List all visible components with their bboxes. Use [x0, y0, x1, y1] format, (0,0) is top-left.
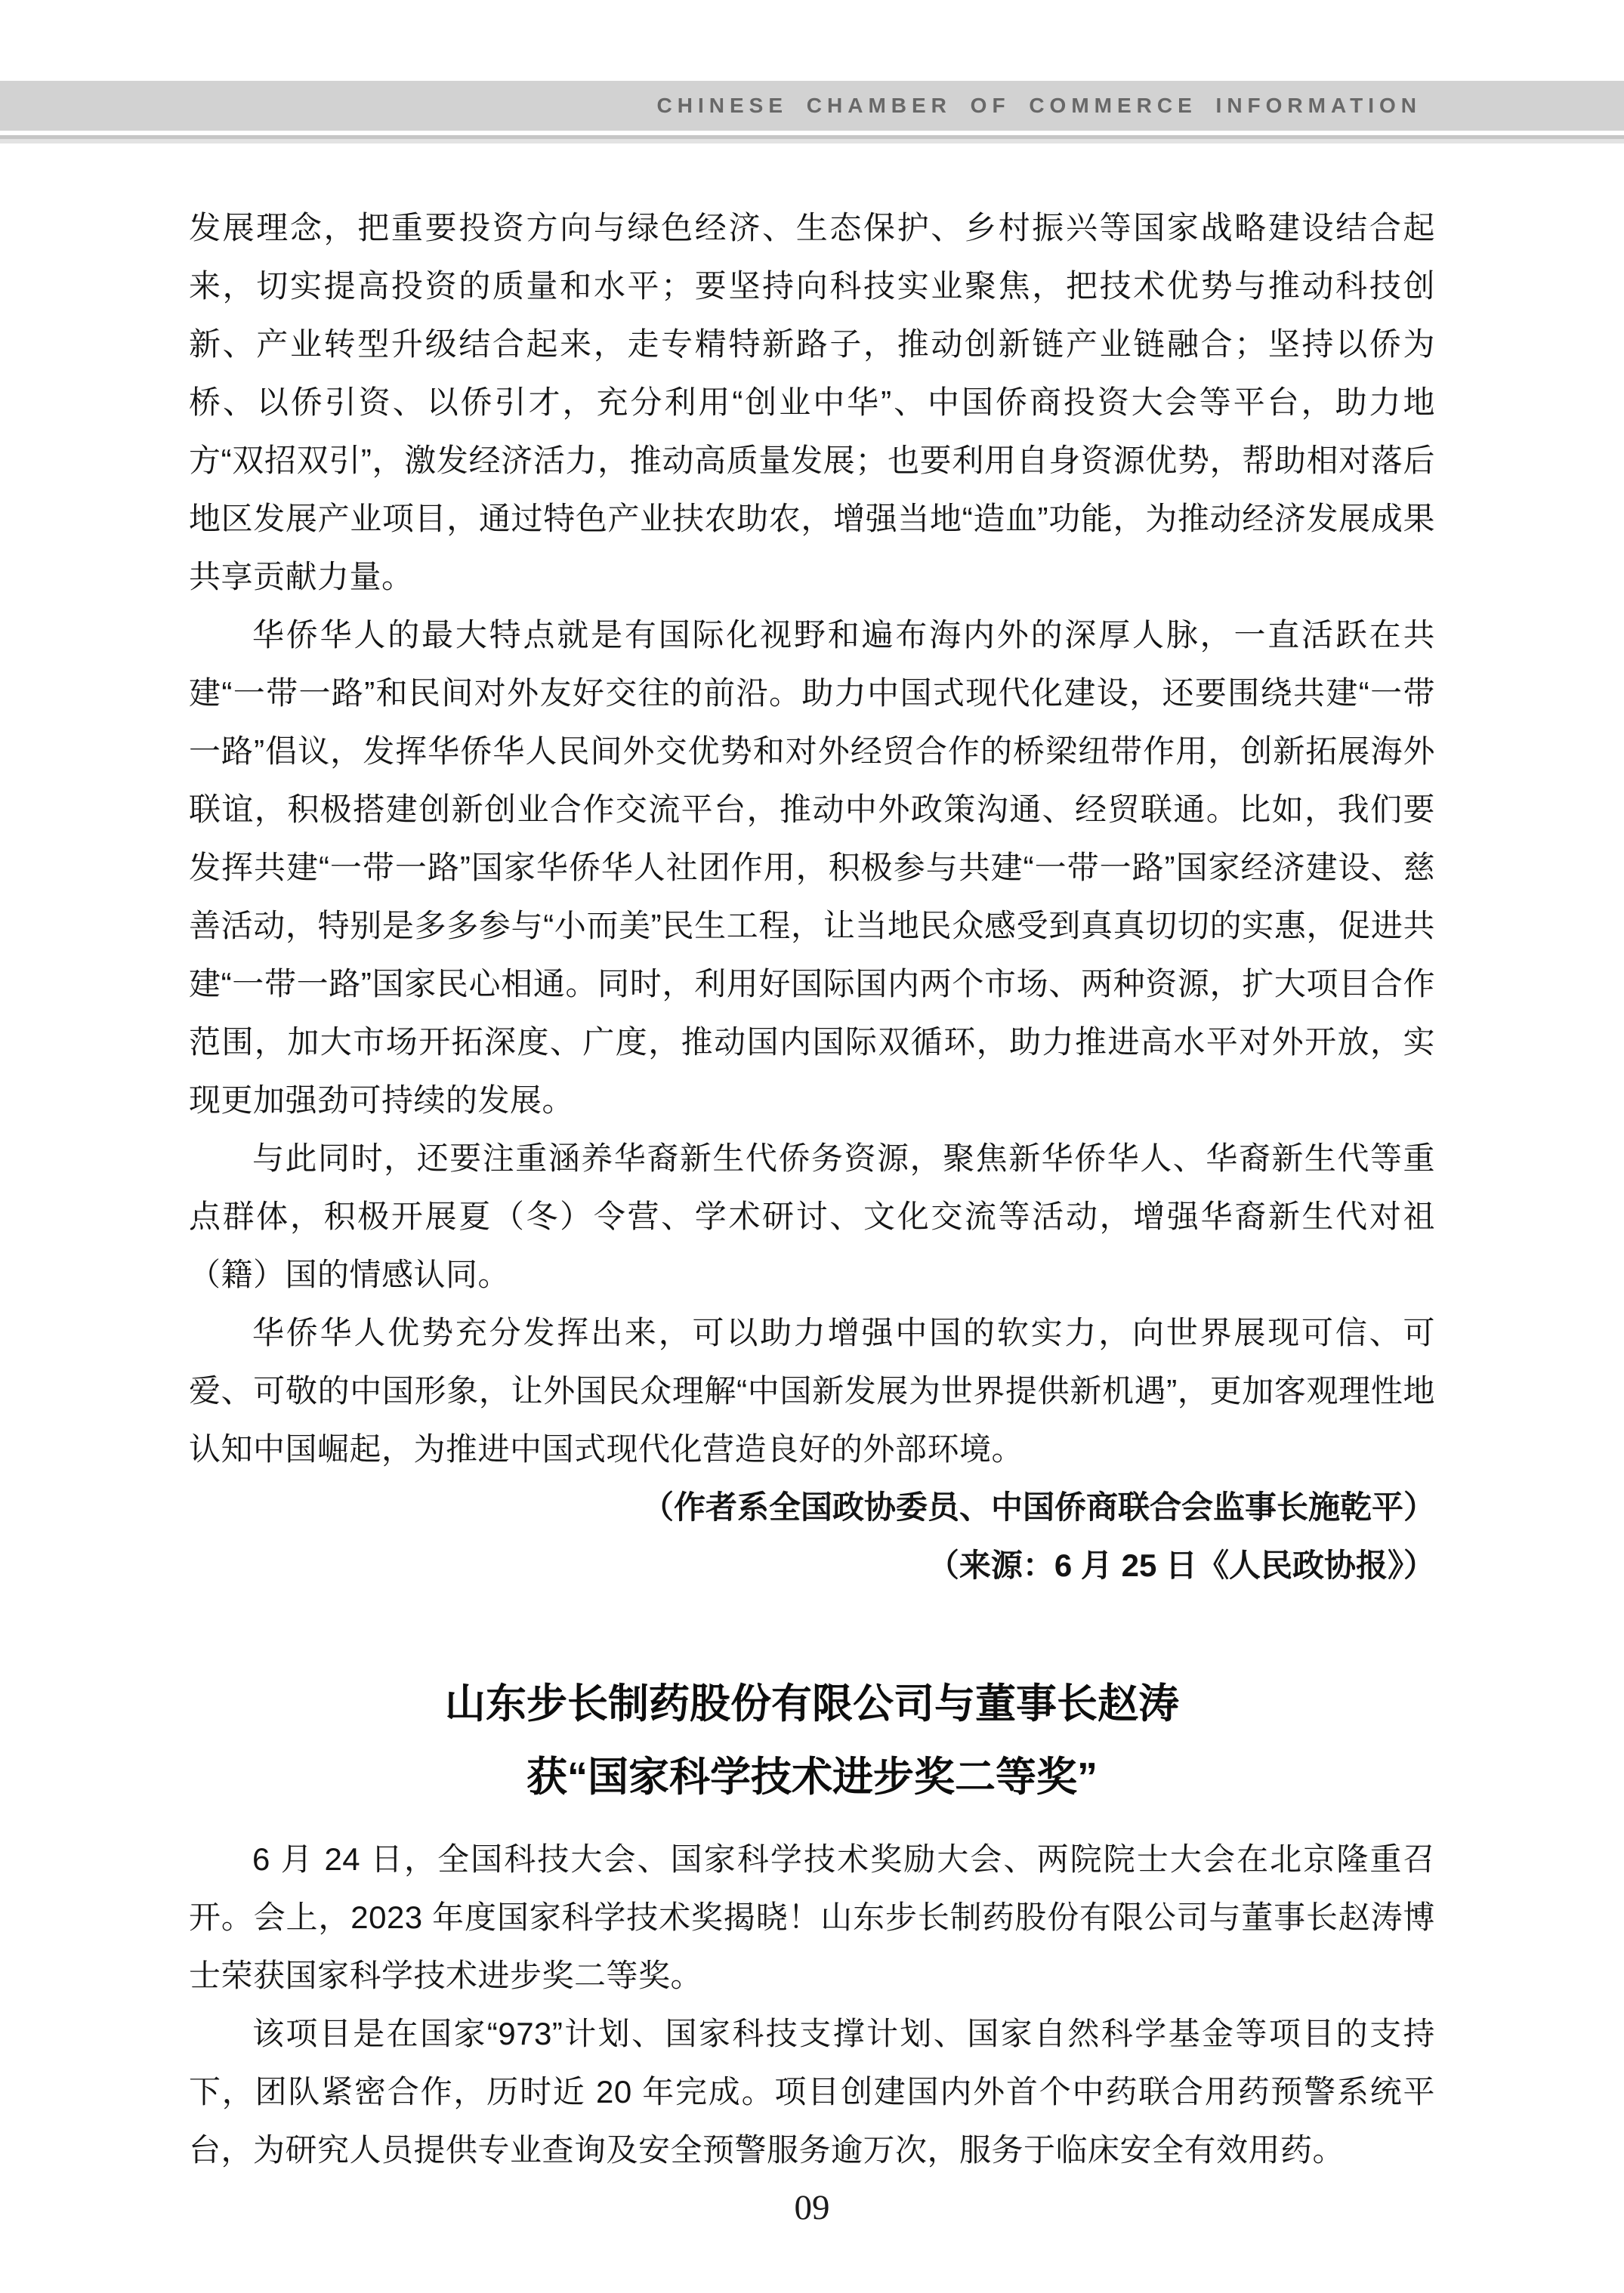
article-title: 山东步长制药股份有限公司与董事长赵涛 获“国家科学技术进步奖二等奖”: [189, 1668, 1435, 1814]
header-band: CHINESE CHAMBER OF COMMERCE INFORMATION: [0, 81, 1624, 131]
article-buchang-award: 山东步长制药股份有限公司与董事长赵涛 获“国家科学技术进步奖二等奖” 6 月 2…: [189, 1668, 1435, 2179]
page-content: 发展理念，把重要投资方向与绿色经济、生态保护、乡村振兴等国家战略建设结合起来，切…: [189, 199, 1435, 2179]
source-attribution-line: （来源：6 月 25 日《人民政协报》）: [189, 1536, 1435, 1594]
body-paragraph: 与此同时，还要注重涵养华裔新生代侨务资源，聚焦新华侨华人、华裔新生代等重点群体，…: [189, 1129, 1435, 1304]
body-paragraph: 发展理念，把重要投资方向与绿色经济、生态保护、乡村振兴等国家战略建设结合起来，切…: [189, 199, 1435, 606]
body-paragraph: 华侨华人的最大特点就是有国际化视野和遍布海内外的深厚人脉，一直活跃在共建“一带一…: [189, 606, 1435, 1129]
body-paragraph: 华侨华人优势充分发挥出来，可以助力增强中国的软实力，向世界展现可信、可爱、可敬的…: [189, 1304, 1435, 1478]
document-page: CHINESE CHAMBER OF COMMERCE INFORMATION …: [0, 0, 1624, 2293]
body-paragraph: 6 月 24 日，全国科技大会、国家科学技术奖励大会、两院院士大会在北京隆重召开…: [189, 1830, 1435, 2004]
article-title-line-1: 山东步长制药股份有限公司与董事长赵涛: [189, 1668, 1435, 1741]
body-paragraph: 该项目是在国家“973”计划、国家科技支撑计划、国家自然科学基金等项目的支持下，…: [189, 2004, 1435, 2179]
page-number: 09: [0, 2187, 1624, 2228]
article-title-line-2: 获“国家科学技术进步奖二等奖”: [189, 1741, 1435, 1814]
author-attribution-line: （作者系全国政协委员、中国侨商联合会监事长施乾平）: [189, 1478, 1435, 1536]
header-rule-light: [0, 139, 1624, 144]
header-banner-text: CHINESE CHAMBER OF COMMERCE INFORMATION: [657, 94, 1422, 118]
article-overseas-chinese: 发展理念，把重要投资方向与绿色经济、生态保护、乡村振兴等国家战略建设结合起来，切…: [189, 199, 1435, 1594]
